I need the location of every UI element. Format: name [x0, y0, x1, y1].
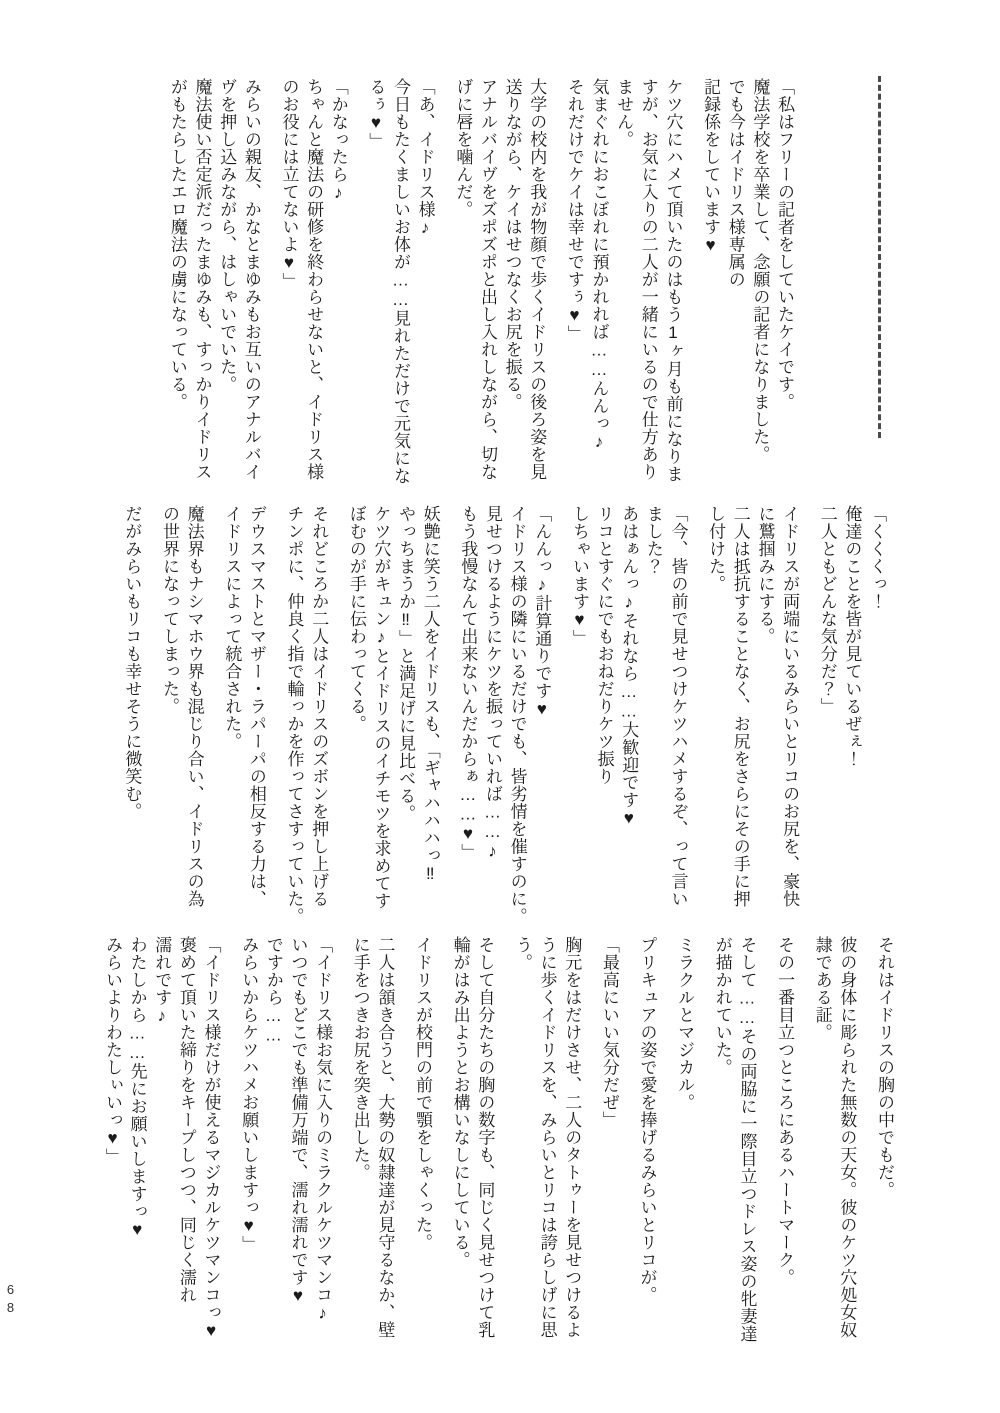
text-column: るぅ♥」: [363, 78, 388, 498]
text-column: 「んんっ♪計算通りです♥: [529, 505, 554, 933]
text-column: それはイドリスの胸の中でもだ。: [871, 936, 896, 1394]
text-column: 送りながら、ケイはせつなくお尻を振る。: [499, 78, 524, 498]
text-column: イドリス様の隣にいるだけでも、皆劣情を催すのに。: [504, 505, 529, 933]
text-column: だがみらいもリコも幸せそうに微笑む。: [119, 505, 144, 933]
text-column: 大学の校内を我が物顔で歩くイドリスの後ろ姿を見: [524, 78, 549, 498]
text-column: しちゃいます♥」: [566, 505, 591, 933]
text-column: 隷である証。: [809, 936, 834, 1394]
paragraph: 妖艶に笑う二人をイドリスも、「ギャハハハっ‼やっちまうか‼」と満足げに見比べる。…: [343, 505, 442, 933]
text-column: ミラクルとマジカル。: [672, 936, 697, 1394]
text-column: 彼の身体に彫られた無数の天女。彼のケツ穴処女奴: [834, 936, 859, 1394]
text-column: 気まぐれにおこぼれに預かれれば……んんっ♪: [586, 78, 611, 498]
text-column: 俺達のことを皆が見ているぜぇ！: [839, 505, 864, 933]
text-column: ケツ穴にハメて頂いたのはもう1ヶ月も前になりま: [660, 78, 685, 498]
text-column: やっちまうか‼」と満足げに見比べる。: [392, 505, 417, 933]
paragraph: その一番目立つところにあるハートマーク。: [771, 936, 796, 1394]
text-column: 「私はフリーの記者をしていたケイです。: [771, 78, 796, 498]
text-column: もう我慢なんて出来ないんだからぁ……♥」: [455, 505, 480, 933]
text-column: し付けた。: [703, 505, 728, 933]
text-column: そして……その両脇に一際目立つドレス姿の牝妻達: [734, 936, 759, 1394]
paragraph: だがみらいもリコも幸せそうに微笑む。: [119, 505, 144, 933]
paragraph: 「かなったら♪ちゃんと魔法の研修を終わらせないと、イドリス様のお役には立てないよ…: [276, 78, 350, 498]
text-column: 魔法学校を卒業して、念願の記者になりました。: [747, 78, 772, 498]
paragraph: 魔法界もナシマホウ界も混じり合い、イドリスの為の世界になってしまった。: [156, 505, 205, 933]
text-column: 「くくくっ！: [863, 505, 888, 933]
text-column: 二人ともどんな気分だ？」: [814, 505, 839, 933]
paragraph: そして自分たちの胸の数字も、同じく見せつけて乳輪がはみ出ようとお構いなしにしてい…: [447, 936, 496, 1394]
text-column: 妖艶に笑う二人をイドリスも、「ギャハハハっ‼: [417, 505, 442, 933]
text-column: 「最高にいい気分だぜ」: [596, 936, 621, 1394]
paragraph: 「私はフリーの記者をしていたケイです。魔法学校を卒業して、念願の記者になりました…: [697, 78, 796, 498]
text-column: ぼむのが手に伝わってくる。: [343, 505, 368, 933]
paragraph: それはイドリスの胸の中でもだ。: [871, 936, 896, 1394]
text-column: ケツ穴がキュン♪とイドリスのイチモツを求めてす: [368, 505, 393, 933]
text-column: あはぁんっ♪それなら……大歓迎です♥: [616, 505, 641, 933]
paragraph: イドリスが校門の前で顎をしゃくった。: [409, 936, 434, 1394]
paragraph: 胸元をはだけさせ、二人のタトゥーを見せつけるように歩くイドリスを、みらいとリコは…: [509, 936, 583, 1394]
text-column: 「かなったら♪: [325, 78, 350, 498]
paragraph: 「くくくっ！俺達のことを皆が見ているぜぇ！二人ともどんな気分だ？」: [814, 505, 888, 933]
text-column: 濡れです♪: [149, 936, 174, 1394]
paragraph: ミラクルとマジカル。: [672, 936, 697, 1394]
text-column: プリキュアの姿で愛を捧げるみらいとリコが。: [634, 936, 659, 1394]
text-column: 見せつけるようにケツを振っていれば……♪: [479, 505, 504, 933]
text-column: リコとすぐにでもおねだりケツ振り: [591, 505, 616, 933]
paragraph: 「最高にいい気分だぜ」: [596, 936, 621, 1394]
text-column: 魔法界もナシマホウ界も混じり合い、イドリスの為: [181, 505, 206, 933]
text-column: 褒めて頂いた締りをキープしつつ、同じく濡れ: [173, 936, 198, 1394]
paragraph: デウスマストとマザー・ラパーパの相反する力は、イドリスによって統合された。: [219, 505, 268, 933]
text-column: ません。: [611, 78, 636, 498]
text-column: 二人は抵抗することなく、お尻をさらにその手に押: [727, 505, 752, 933]
paragraph: そして……その両脇に一際目立つドレス姿の牝妻達が描かれていた。: [709, 936, 758, 1394]
text-column: そして自分たちの胸の数字も、同じく見せつけて乳: [472, 936, 497, 1394]
text-column: に鷲掴みにする。: [752, 505, 777, 933]
text-column: ちゃんと魔法の研修を終わらせないと、イドリス様: [300, 78, 325, 498]
paragraph: 「んんっ♪計算通りです♥イドリス様の隣にいるだけでも、皆劣情を催すのに。見せつけ…: [455, 505, 554, 933]
text-column: う。: [509, 936, 534, 1394]
text-column: がもたらしたエロ魔法の虜になっている。: [164, 78, 189, 498]
text-column: みらいよりわたしぃいっ♥」: [99, 936, 124, 1394]
text-column: いつでもどこでも準備万端で、濡れ濡れです♥: [285, 936, 310, 1394]
text-column: すが、お気に入りの二人が一緒にいるので仕方あり: [635, 78, 660, 498]
text-column: 「イドリス様だけが使えるマジカルケツマンコっ♥: [198, 936, 223, 1394]
paragraph: 大学の校内を我が物顔で歩くイドリスの後ろ姿を見送りながら、ケイはせつなくお尻を振…: [450, 78, 549, 498]
paragraph: 「あ、イドリス様♪今日もたくましいお体が……見れただけで元気になるぅ♥」: [363, 78, 437, 498]
text-column: のお役には立てないよ♥」: [276, 78, 301, 498]
paragraph: 「イドリス様だけが使えるマジカルケツマンコっ♥褒めて頂いた締りをキープしつつ、同…: [99, 936, 222, 1394]
paragraph: 彼の身体に彫られた無数の天女。彼のケツ穴処女奴隷である証。: [809, 936, 858, 1394]
text-column: ですから……: [260, 936, 285, 1394]
page: { "page": { "number": "68", "background_…: [0, 0, 1000, 1413]
paragraph: 二人は頷き合うと、大勢の奴隷達が見守るなか、壁に手をつきお尻を突き出した。: [347, 936, 396, 1394]
text-column: チンポに、仲良く指で輪っかを作ってさすっていた。: [281, 505, 306, 933]
paragraph: それどころか二人はイドリスのズボンを押し上げるチンポに、仲良く指で輪っかを作って…: [281, 505, 330, 933]
text-column: 魔法使い否定派だったまゆみも、すっかりイドリス: [189, 78, 214, 498]
text-column: イドリスが校門の前で顎をしゃくった。: [409, 936, 434, 1394]
paragraph: イドリスが両端にいるみらいとリコのお尻を、豪快に鷲掴みにする。二人は抵抗すること…: [703, 505, 802, 933]
text-column: でも今はイドリス様専属の: [722, 78, 747, 498]
text-column: みらいの親友、かなとまゆみもお互いのアナルバイ: [238, 78, 263, 498]
paragraph: プリキュアの姿で愛を捧げるみらいとリコが。: [634, 936, 659, 1394]
text-column: みらいからケツハメお願いしますっ♥」: [236, 936, 261, 1394]
text-column: に手をつきお尻を突き出した。: [347, 936, 372, 1394]
paragraph: ケツ穴にハメて頂いたのはもう1ヶ月も前になりますが、お気に入りの二人が一緒にいる…: [561, 78, 684, 498]
text-column: わたしから……先にお願いしますっ♥: [124, 936, 149, 1394]
text-column: デウスマストとマザー・ラパーパの相反する力は、: [243, 505, 268, 933]
text-column: イドリスによって統合された。: [219, 505, 244, 933]
manga-text-page: 「私はフリーの記者をしていたケイです。魔法学校を卒業して、念願の記者になりました…: [0, 0, 1000, 1413]
text-column: げに唇を噛んだ。: [450, 78, 475, 498]
text-column: 輪がはみ出ようとお構いなしにしている。: [447, 936, 472, 1394]
text-block-1: 「私はフリーの記者をしていたケイです。魔法学校を卒業して、念願の記者になりました…: [164, 78, 796, 498]
text-column: イドリスが両端にいるみらいとリコのお尻を、豪快: [776, 505, 801, 933]
text-column: が描かれていた。: [709, 936, 734, 1394]
text-column: 今日もたくましいお体が……見れただけで元気にな: [387, 78, 412, 498]
text-column: 「イドリス様お気に入りのミラクルケツマンコ♪: [309, 936, 334, 1394]
text-column: の世界になってしまった。: [156, 505, 181, 933]
text-column: ました？: [640, 505, 665, 933]
paragraph: みらいの親友、かなとまゆみもお互いのアナルバイヴを押し込みながら、はしゃいでいた…: [164, 78, 263, 498]
text-block-3: それはイドリスの胸の中でもだ。彼の身体に彫られた無数の天女。彼のケツ穴処女奴隷で…: [99, 936, 896, 1394]
text-block-2: 「くくくっ！俺達のことを皆が見ているぜぇ！二人ともどんな気分だ？」イドリスが両端…: [119, 505, 888, 933]
text-column: それだけでケイは幸せですぅ♥」: [561, 78, 586, 498]
page-number: 68: [3, 1282, 18, 1318]
text-column: 二人は頷き合うと、大勢の奴隷達が見守るなか、壁: [372, 936, 397, 1394]
dashed-section-divider: [878, 76, 881, 438]
text-column: それどころか二人はイドリスのズボンを押し上げる: [306, 505, 331, 933]
text-column: ヴを押し込みながら、はしゃいでいた。: [214, 78, 239, 498]
text-column: うに歩くイドリスを、みらいとリコは誇らしげに思: [534, 936, 559, 1394]
text-column: 胸元をはだけさせ、二人のタトゥーを見せつけるよ: [559, 936, 584, 1394]
paragraph: 「イドリス様お気に入りのミラクルケツマンコ♪いつでもどこでも準備万端で、濡れ濡れ…: [236, 936, 335, 1394]
paragraph: 「今、皆の前で見せつけケツハメするぞ、って言いました？あはぁんっ♪それなら……大…: [566, 505, 689, 933]
text-column: その一番目立つところにあるハートマーク。: [771, 936, 796, 1394]
text-column: 「あ、イドリス様♪: [412, 78, 437, 498]
text-column: 「今、皆の前で見せつけケツハメするぞ、って言い: [665, 505, 690, 933]
text-column: アナルバイヴをズポズポと出し入れしながら、切な: [474, 78, 499, 498]
text-column: 記録係をしています♥: [697, 78, 722, 498]
